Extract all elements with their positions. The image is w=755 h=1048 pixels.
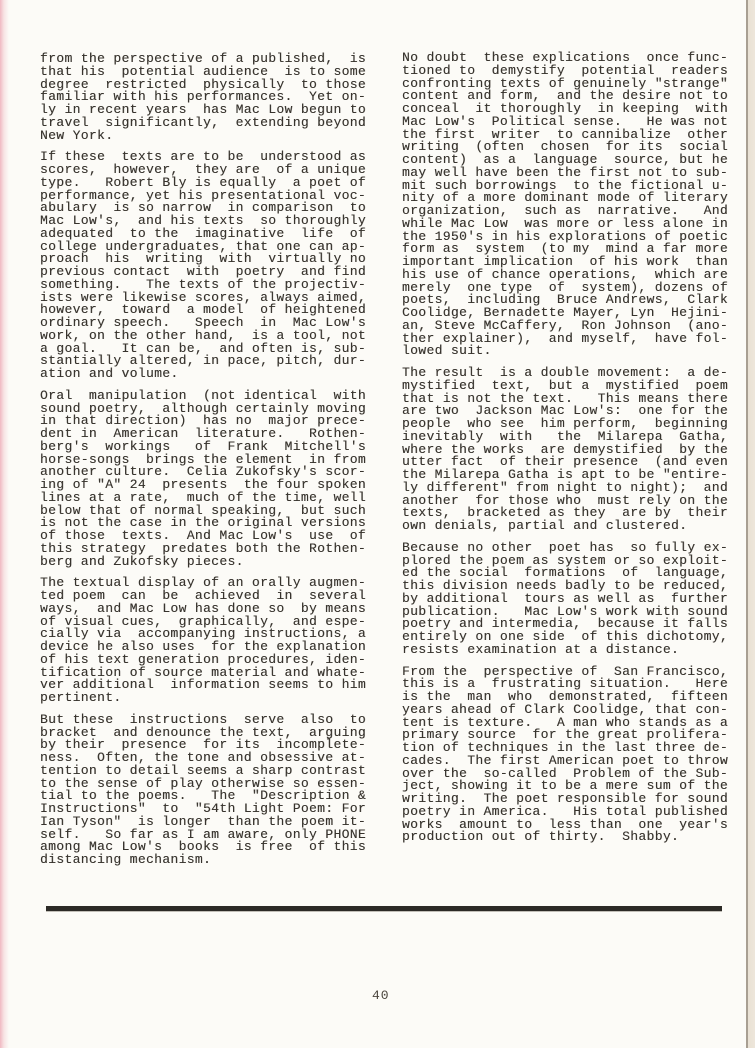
scanned-page: from the perspective of a published, is … [0,0,755,1048]
typewritten-paragraph: The textual display of an orally augmen-… [40,577,366,705]
typewritten-paragraph: From the perspective of San Francisco, t… [402,666,728,845]
typewritten-paragraph: No doubt these explications once func- t… [402,52,728,358]
right-text-column: No doubt these explications once func- t… [402,52,728,853]
left-text-column: from the perspective of a published, is … [40,53,366,876]
typewritten-paragraph: Oral manipulation (not identical with so… [40,390,366,569]
page-right-edge-shadow [746,0,755,1048]
typewritten-paragraph: from the perspective of a published, is … [40,53,366,142]
typewritten-paragraph: Because no other poet has so fully ex- p… [402,542,728,657]
typewritten-paragraph: But these instructions serve also to bra… [40,714,366,867]
typewritten-paragraph: If these texts are to be understood as s… [40,151,366,381]
page-number: 40 [372,988,390,1003]
page-left-edge-tint [0,0,9,1048]
footer-divider-rule [46,906,722,911]
typewritten-paragraph: The result is a double movement: a de- m… [402,367,728,533]
